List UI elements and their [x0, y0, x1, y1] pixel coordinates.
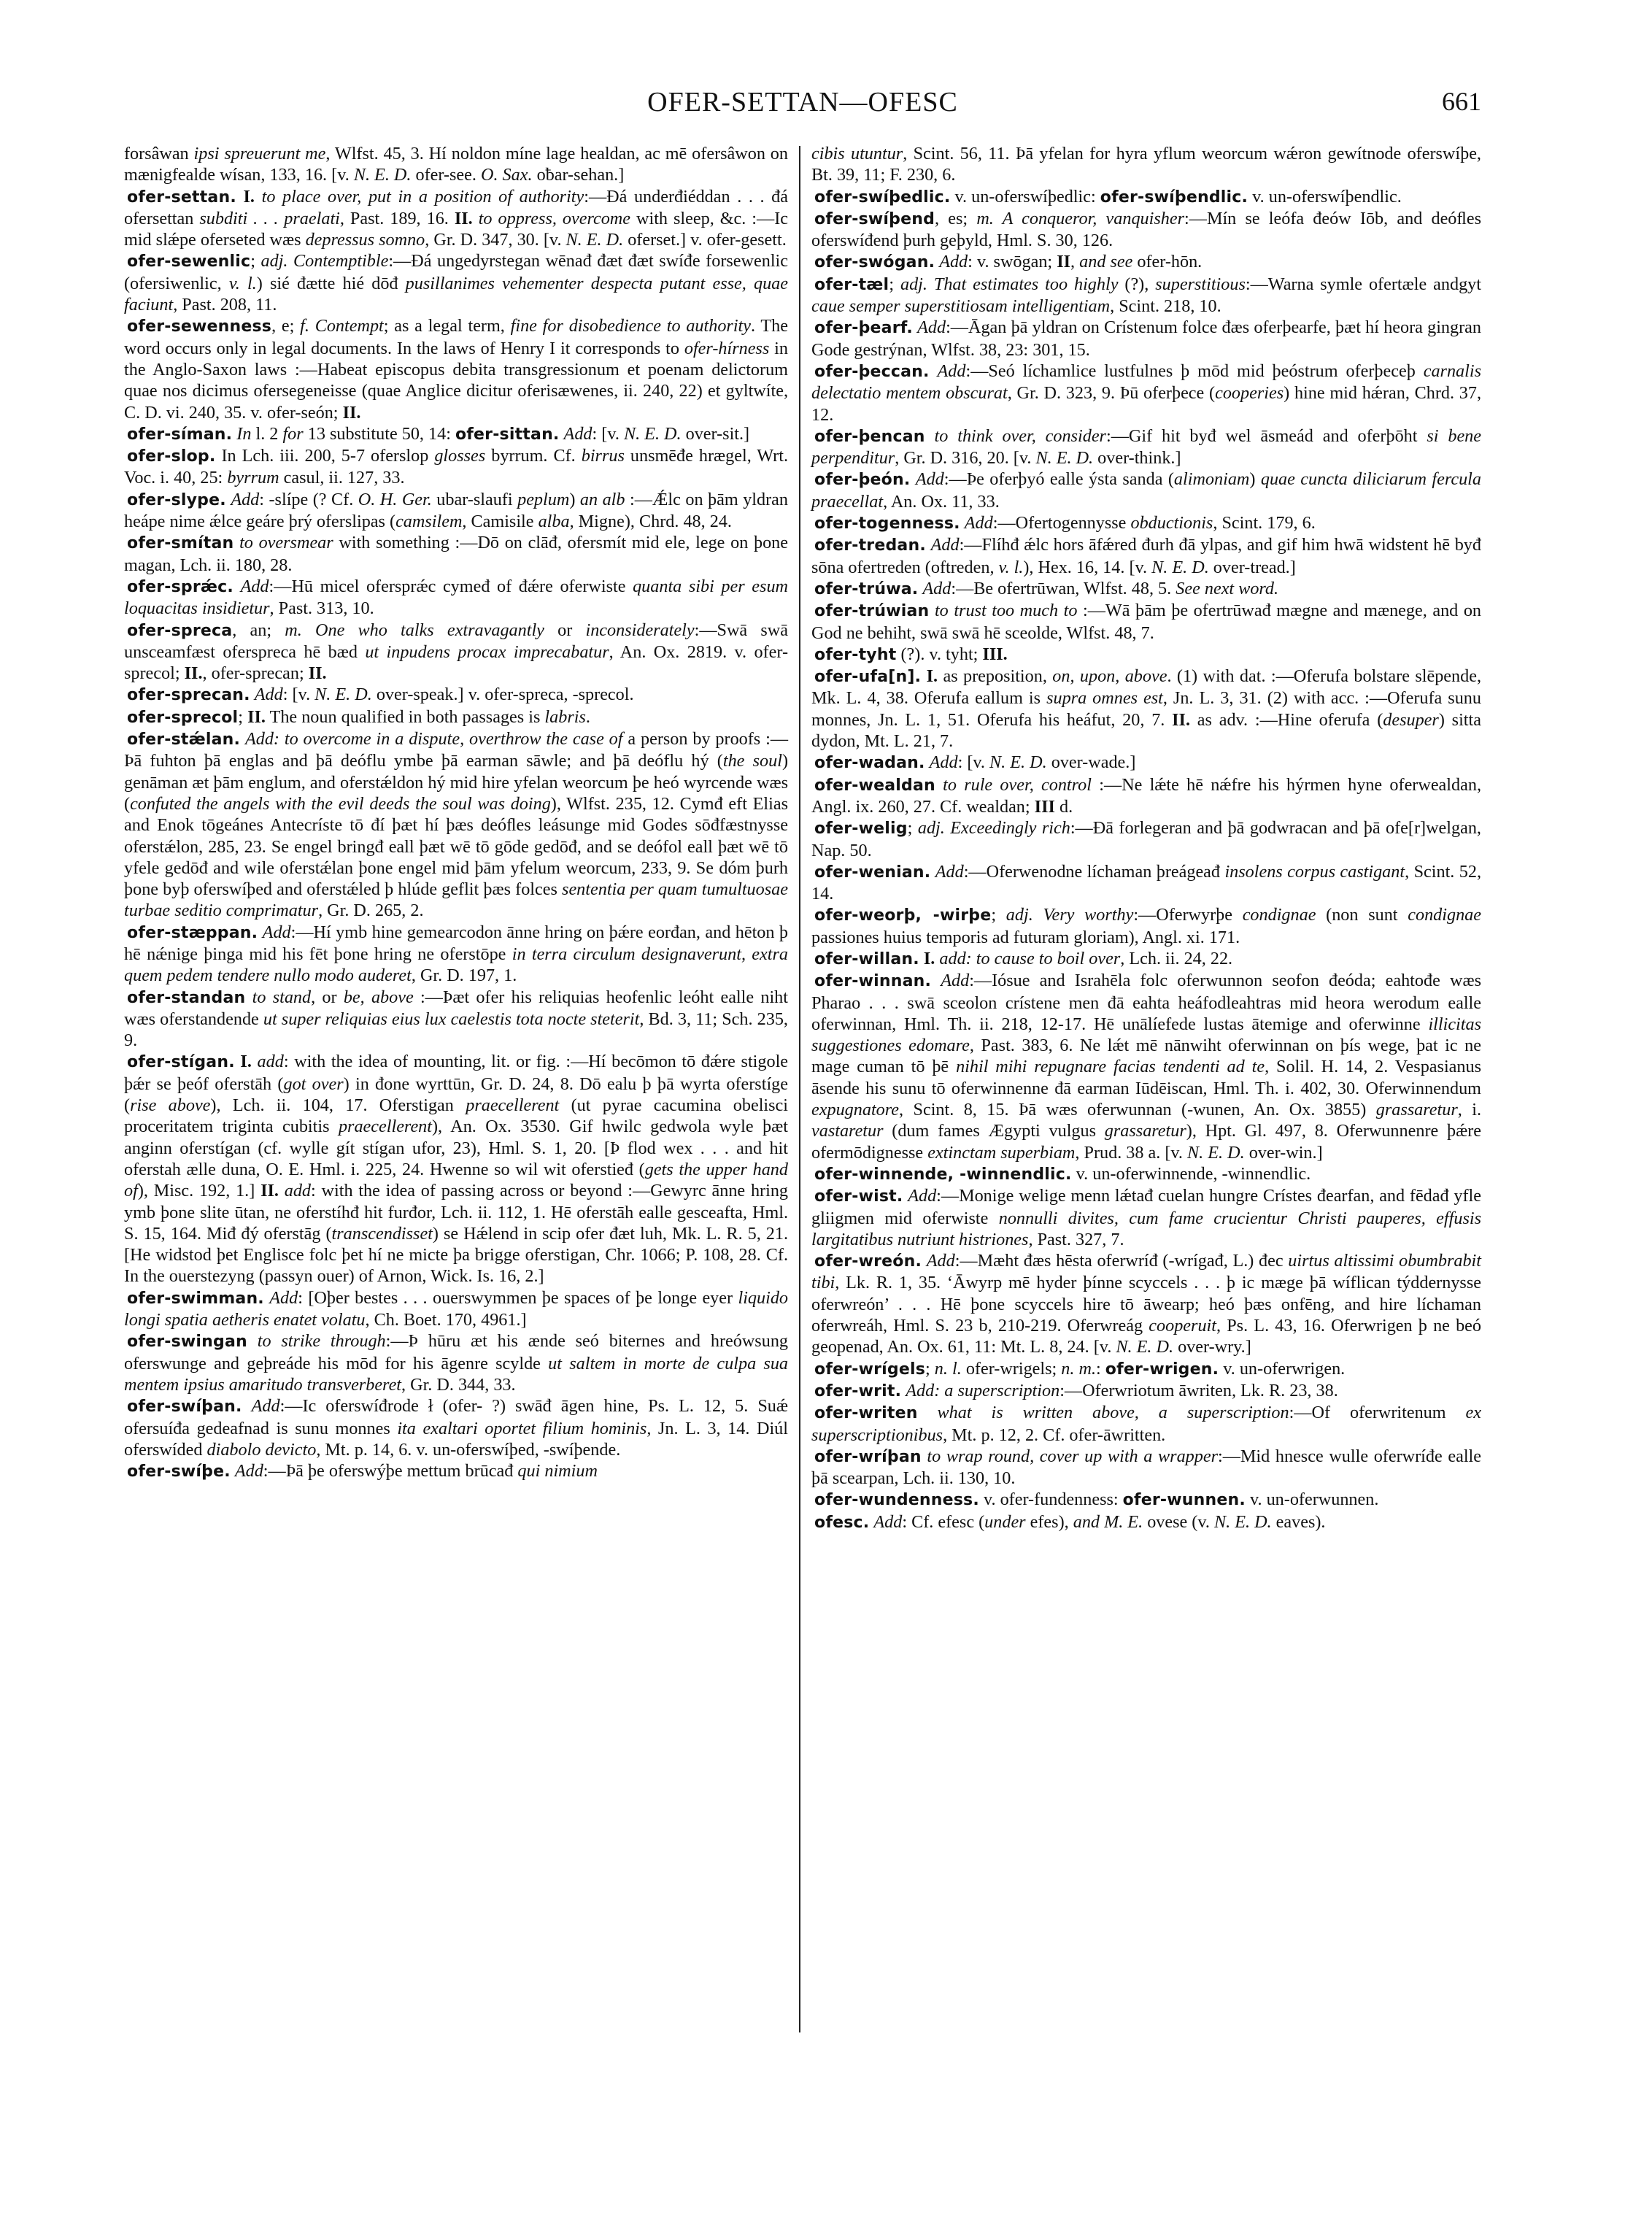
headword: ofer-welig [814, 820, 908, 838]
body-text: passiones huius temporis ad futuram glor… [811, 928, 1240, 947]
italic-text: expugnatore [811, 1100, 899, 1119]
body-text: v. un-oferwunnen. [1246, 1490, 1378, 1509]
headword: ofer-winnan. [814, 972, 931, 990]
headword: ofer-slop. [127, 447, 215, 466]
headword: ofer-swógan. [814, 253, 935, 271]
body-text: , Lch. ii. 24, 22. [1120, 949, 1232, 968]
dictionary-entry: ofer-ufa[n]. I. as preposition, on, upon… [811, 666, 1481, 752]
dictionary-entry: ofer-spreca, an; m. One who talks extrav… [124, 620, 788, 685]
italic-text: Add [917, 317, 946, 337]
body-text: oƀar-sehan.] [533, 165, 625, 185]
dictionary-entry: ofer-sewenness, e; f. Contempt; as a leg… [124, 315, 788, 423]
italic-text: to wrap round, cover up with a wrapper [927, 1446, 1218, 1466]
body-text: , An. Ox. 11, 33. [883, 492, 1000, 512]
body-text: (?), [1118, 274, 1155, 294]
body-text: byrrum. Cf. [485, 446, 582, 466]
headword: ofer-stígan. [127, 1053, 235, 1071]
dictionary-entry: ofer-swíþend, es; m. A conqueror, vanqui… [811, 208, 1481, 252]
body-text: ), Lch. ii. 104, 17. Oferstigan [210, 1095, 466, 1115]
headword: ofer-wrigen. [1105, 1360, 1219, 1379]
body-text [252, 1052, 258, 1071]
italic-text: f. Contempt [300, 316, 384, 336]
italic-text: Add [235, 1461, 263, 1481]
dictionary-entry: ofer-tredan. Add:—Flíhđ ǽlc hors āfǽred … [811, 534, 1481, 578]
italic-text: to think over, consider [935, 426, 1106, 446]
italic-text: extinctam superbiam [927, 1143, 1075, 1163]
italic-text: on, upon, above [1052, 666, 1167, 686]
italic-text: subditi . . . praelati [199, 209, 340, 228]
italic-text: N. E. D. [314, 685, 372, 704]
headword: ofer-wealdan [814, 776, 935, 795]
italic-text: See next word. [1176, 579, 1278, 598]
sense-number: II. [260, 1181, 279, 1201]
body-text: , Gr. D. 316, 20. [v. [895, 448, 1035, 468]
body-text: , es; [935, 209, 976, 228]
body-text: as adv. :—Hine oferufa ( [1190, 710, 1383, 730]
body-text: : [v. [593, 424, 624, 444]
body-text: , e; [271, 316, 300, 336]
dictionary-entry: ofer-willan. I. add: to cause to boil ov… [811, 948, 1481, 970]
right-column: cibis utuntur, Scint. 56, 11. Þā yfelan … [811, 143, 1481, 1533]
dictionary-entry: ofer-wríþan to wrap round, cover up with… [811, 1446, 1481, 1490]
body-text: : -slípe (? Cf. [259, 490, 358, 509]
italic-text: confuted the angels with the evil deeds … [130, 794, 551, 814]
italic-text: Add [263, 922, 291, 942]
headword: ofer-síman. [127, 425, 232, 444]
body-text: v. ofer-fundenness: [979, 1490, 1123, 1509]
sense-number: III [1035, 797, 1055, 817]
italic-text: Add [965, 513, 993, 533]
body-text: over-wade.] [1047, 752, 1136, 772]
headword: ofer-swíþedlic. [814, 188, 950, 207]
italic-text: an alb [580, 490, 625, 509]
body-text [233, 577, 241, 596]
italic-text: ofer-hírness [684, 339, 769, 358]
headword: ofer-tredan. [814, 536, 926, 555]
headword: ofer-wenian. [814, 863, 930, 882]
italic-text: N. E. D. [989, 752, 1047, 772]
page-header: OFER-SETTAN—OFESC 661 [124, 86, 1481, 123]
sense-number: II [1057, 252, 1070, 271]
italic-text: Add [931, 535, 960, 555]
headword: ofer-trúwa. [814, 580, 918, 598]
italic-text: add: to cause to boil over [939, 949, 1120, 968]
italic-text: Add [269, 1288, 298, 1308]
italic-text: N. E. D. [1187, 1143, 1245, 1163]
italic-text: birrus [582, 446, 625, 466]
italic-text: and M. E. [1073, 1512, 1143, 1532]
body-text: :—Of oferwritenum [1289, 1403, 1466, 1422]
italic-text: to oppress, overcome [479, 209, 630, 228]
italic-text: alimoniam [1174, 469, 1249, 489]
headword: ofer-sewenlic [127, 253, 250, 271]
italic-text: add [285, 1181, 311, 1201]
body-text: ; [889, 274, 900, 294]
italic-text: N. E. D. [566, 230, 624, 250]
italic-text: N. E. D. [624, 424, 682, 444]
italic-text: qui nimium [517, 1461, 598, 1481]
italic-text: Add [922, 579, 951, 598]
sense-number: I. [927, 666, 938, 686]
body-text: over-think.] [1093, 448, 1181, 468]
body-text: ; [925, 1359, 935, 1379]
italic-text: Add [916, 469, 944, 489]
dictionary-entry: ofer-stæppan. Add:—Hí ymb hine gemearcod… [124, 922, 788, 987]
italic-text: cooperies [1215, 383, 1284, 403]
italic-text: glosses [434, 446, 485, 466]
sense-number: I. [244, 187, 255, 207]
italic-text: l. [952, 1359, 962, 1379]
headword: ofer-trúwian [814, 602, 929, 620]
body-text: d. [1055, 797, 1073, 817]
body-text: :—Gif hit byđ wel āsmeád and oferþōht [1106, 426, 1427, 446]
italic-text: Add: a superscription [906, 1381, 1059, 1400]
italic-text: O. H. Ger. [358, 490, 432, 509]
italic-text: m. One who talks extravagantly [285, 620, 544, 640]
body-text: ubar-slaufi [432, 490, 517, 509]
italic-text: Add [564, 424, 593, 444]
body-text: ) [569, 490, 580, 509]
italic-text: ipsi spreuerunt me [194, 144, 326, 163]
body-text: ) [1249, 469, 1260, 489]
italic-text: caue semper superstitiosam intelligentia… [811, 296, 1110, 316]
dictionary-entry: ofer-swingan to strike through:—Þ hūru æ… [124, 1330, 788, 1395]
dictionary-entry: ofer-wundenness. v. ofer-fundenness: ofe… [811, 1489, 1481, 1511]
dictionary-entry: ofer-weorþ, -wirþe; adj. Very worthy:—Of… [811, 904, 1481, 948]
body-text: : v. swōgan; [968, 252, 1057, 271]
italic-text: inconsiderately [585, 620, 694, 640]
body-text [935, 775, 943, 795]
headword: ofer-wundenness. [814, 1491, 979, 1509]
body-text: : [1096, 1359, 1105, 1379]
headword: ofer-swíþendlic. [1100, 188, 1248, 207]
headword: ofer-wrígels [814, 1360, 925, 1379]
dictionary-entry: ofer-tyht (?). v. tyht; III. [811, 644, 1481, 666]
sense-number: II. [185, 663, 203, 683]
body-text: : [v. [958, 752, 989, 772]
italic-text: fine for disobedience to authority [511, 316, 751, 336]
headword: ofer-tæl [814, 276, 889, 294]
dictionary-entry: ofer-wadan. Add: [v. N. E. D. over-wade.… [811, 752, 1481, 774]
body-text: :—Oferwyrþe [1133, 905, 1242, 925]
headword: ofer-willan. [814, 950, 919, 968]
dictionary-entry: ofer-síman. In l. 2 for 13 substitute 50… [124, 423, 788, 445]
headword: ofer-þeón. [814, 471, 910, 489]
body-text: , Mt. p. 12, 2. Cf. ofer-āwritten. [943, 1425, 1165, 1445]
body-text: ; [250, 251, 260, 271]
body-text: over-tread.] [1209, 558, 1296, 577]
body-text [929, 601, 935, 620]
headword: ofer-ufa[n]. [814, 668, 921, 686]
italic-text: rise above [130, 1095, 210, 1115]
headword: ofer-wist. [814, 1187, 903, 1206]
body-text: as preposition, [938, 666, 1052, 686]
dictionary-entry: ofer-slop. In Lch. iii. 200, 5-7 oferslo… [124, 445, 788, 489]
dictionary-entry: ofer-wreón. Add:—Mæht đæs hēsta oferwríđ… [811, 1250, 1481, 1357]
body-text: , Past. 327, 7. [1028, 1230, 1124, 1249]
body-text: , Scint. 8, 15. Þā wæs oferwunnan (-wune… [899, 1100, 1376, 1119]
dictionary-entry: ofer-swógan. Add: v. swōgan; II, and see… [811, 251, 1481, 273]
italic-text: to strike through [258, 1331, 386, 1351]
headword: ofer-þearf. [814, 319, 913, 337]
headword: ofer-sittan. [455, 425, 560, 444]
body-text: v. un-oferswíþendlic. [1248, 187, 1402, 207]
italic-text: to oversmear [239, 533, 333, 552]
body-text: . [586, 707, 590, 727]
dictionary-entry: ofer-slype. Add: -slípe (? Cf. O. H. Ger… [124, 489, 788, 533]
dictionary-entry: ofer-sprecol; II. The noun qualified in … [124, 706, 788, 728]
dictionary-entry: ofer-smítan to oversmear with something … [124, 532, 788, 576]
italic-text: to place over, put in a position of auth… [262, 187, 584, 207]
body-text: ), Hex. 16, 14. [v. [1023, 558, 1151, 577]
body-text: casul, ii. 127, 33. [279, 468, 405, 488]
body-text: ; [908, 818, 918, 838]
italic-text: Add [927, 1251, 955, 1271]
body-text: , Gr. D. 347, 30. [v. [425, 230, 566, 250]
italic-text: to rule over, control [943, 775, 1092, 795]
italic-text: for [282, 424, 303, 444]
body-text: :—Be ofertrūwan, Wlfst. 48, 5. [951, 579, 1176, 598]
sense-number: II. [309, 663, 327, 683]
italic-text: to stand [252, 987, 311, 1007]
body-text: ; as a legal term, [384, 316, 511, 336]
italic-text: Add [231, 490, 259, 509]
running-head: OFER-SETTAN—OFESC [124, 86, 1481, 118]
headword: ofer-þeccan. [814, 363, 930, 381]
italic-text: N. E. D. [1151, 558, 1209, 577]
body-text: 13 substitute 50, 14: [304, 424, 455, 444]
italic-text: nihil mihi repugnare facias tendenti ad … [956, 1057, 1265, 1076]
body-text: , Past. 189, 16. [340, 209, 455, 228]
dictionary-entry: ofer-trúwian to trust too much to :—Wā þ… [811, 600, 1481, 644]
sense-number: I. [240, 1052, 251, 1071]
italic-text: ita exaltari oportet filium hominis [397, 1419, 646, 1438]
headword: ofer-smítan [127, 534, 233, 552]
body-text: v. un-oferswíþedlic: [950, 187, 1100, 207]
body-text: over-sit.] [682, 424, 750, 444]
headword: ofer-wunnen. [1123, 1491, 1246, 1509]
italic-text: Add [941, 971, 969, 990]
dictionary-entry: ofer-sprecan. Add: [v. N. E. D. over-spe… [124, 684, 788, 706]
italic-text: what is written above, a superscription [938, 1403, 1289, 1422]
italic-text: cibis utuntur [811, 144, 903, 163]
italic-text: insolens corpus castigant [1224, 862, 1405, 882]
italic-text: peplum [517, 490, 569, 509]
body-text: v. un-oferwinnende, -winnendlic. [1072, 1164, 1311, 1184]
italic-text: v. l. [999, 558, 1024, 577]
body-text: ; [991, 905, 1006, 925]
body-text: :—Seó líchamlice lustfulnes þ mōd mid þe… [965, 361, 1423, 381]
dictionary-entry: ofer-stígan. I. add: with the idea of mo… [124, 1051, 788, 1287]
body-text: , Migne), Chrd. 48, 24. [570, 512, 732, 531]
headword: ofer-sprǽc. [127, 578, 233, 596]
dictionary-entry: ofer-welig; adj. Exceedingly rich:—Ðā fo… [811, 817, 1481, 861]
italic-text: Add [873, 1512, 902, 1532]
body-text: :—Warna symle ofertæle andgyt [1246, 274, 1481, 294]
body-text: , Past. 313, 10. [270, 598, 374, 618]
body-text: (?). v. tyht; [896, 644, 982, 664]
italic-text: obductionis [1130, 513, 1213, 533]
body-text: , an; [232, 620, 285, 640]
dictionary-entry: ofer-þencan to think over, consider:—Gif… [811, 425, 1481, 469]
italic-text: ut super reliquias eius lux caelestis to… [263, 1009, 639, 1029]
body-text: over-wry.] [1173, 1337, 1251, 1357]
dictionary-entry: ofer-sprǽc. Add:—Hū micel ofersprǽc cyme… [124, 576, 788, 620]
dictionary-entry: ofer-stǽlan. Add: to overcome in a dispu… [124, 728, 788, 922]
dictionary-entry: ofer-swíþe. Add:—Þā þe oferswýþe mettum … [124, 1460, 788, 1482]
italic-text: Add [255, 685, 283, 704]
body-text [279, 1181, 285, 1201]
sense-number: II. [247, 707, 266, 727]
italic-text: diabolo devicto [207, 1440, 317, 1460]
headword: ofer-swíþan. [127, 1398, 242, 1416]
headword: ofer-weorþ, -wirþe [814, 906, 991, 925]
italic-text: desuper [1383, 710, 1439, 730]
headword: ofer-stǽlan. [127, 731, 240, 749]
body-text [930, 361, 938, 381]
italic-text: O. Sax. [481, 165, 533, 185]
body-text: : Cf. efesc ( [902, 1512, 984, 1532]
italic-text: byrrum [227, 468, 279, 488]
headword: ofer-standan [127, 989, 245, 1007]
headword: ofer-slype. [127, 491, 226, 509]
dictionary-entry: ofer-wist. Add:—Monige welige menn lǽtađ… [811, 1185, 1481, 1250]
sense-number: III. [982, 644, 1007, 664]
body-text: , i. [1458, 1100, 1481, 1119]
italic-text: Add: to overcome in a dispute, overthrow… [245, 729, 623, 749]
dictionary-entry: ofer-þeón. Add:—Þe oferþyó ealle ýsta sa… [811, 469, 1481, 512]
dictionary-entry: ofer-swíþan. Add:—Ic oferswíđrode ł (ofe… [124, 1395, 788, 1460]
italic-text: N. E. D. [1214, 1512, 1272, 1532]
italic-text: adj. Exceedingly rich [918, 818, 1070, 838]
body-text: , [1070, 252, 1079, 271]
dictionary-entry: ofesc. Add: Cf. efesc (under efes), and … [811, 1511, 1481, 1533]
italic-text: Add [241, 577, 269, 596]
dictionary-entry: ofer-writ. Add: a superscription:—Oferwr… [811, 1380, 1481, 1402]
italic-text: labris [544, 707, 585, 727]
body-text: ofer-see. [411, 165, 481, 185]
dictionary-entry: ofer-standan to stand, or be, above :—Þæ… [124, 987, 788, 1052]
sense-number: II. [455, 209, 473, 228]
italic-text: and see [1079, 252, 1132, 271]
italic-text: adj. Contemptible [261, 251, 389, 271]
italic-text: Add [908, 1186, 936, 1206]
italic-text: condignae [1408, 905, 1481, 925]
body-text [245, 987, 252, 1007]
dictionary-entry: ofer-wrígels; n. l. ofer-wrigels; n. m.:… [811, 1358, 1481, 1380]
body-text: ofer-hōn. [1132, 252, 1202, 271]
body-text: , or [311, 987, 344, 1007]
italic-text: alba [539, 512, 570, 531]
headword: ofer-swimman. [127, 1290, 264, 1308]
body-text: , Past. 208, 11. [173, 295, 277, 315]
body-text: : [v. [283, 685, 314, 704]
italic-text: m. A conqueror, vanquisher [976, 209, 1184, 228]
body-text: (dum fames Ægypti vulgus [884, 1121, 1105, 1141]
italic-text: add [258, 1052, 284, 1071]
headword: ofer-wadan. [814, 754, 925, 772]
body-text [910, 469, 915, 489]
headword: ofer-writen [814, 1404, 918, 1422]
body-text: , Gr. D. 265, 2. [318, 901, 423, 920]
italic-text: under [984, 1512, 1025, 1532]
dictionary-entry: ofer-sewenlic; adj. Contemptible:—Ðá ung… [124, 250, 788, 315]
body-text: l. 2 [251, 424, 282, 444]
headword: ofer-wríþan [814, 1448, 922, 1466]
headword: ofer-settan. [127, 188, 236, 207]
body-text: : [Oþer bestes . . . ouerswymmen þe spac… [298, 1288, 738, 1308]
sense-number: II. [1172, 710, 1190, 730]
body-text: oferset.] v. ofer-gesett. [623, 230, 787, 250]
italic-text: praecellerent [339, 1117, 432, 1136]
left-column: forsâwan ipsi spreuerunt me, Wlfst. 45, … [124, 143, 788, 1482]
body-text [922, 1251, 927, 1271]
body-text [236, 187, 244, 207]
dictionary-entry: ofer-wealdan to rule over, control :—Ne … [811, 774, 1481, 818]
italic-text: camsilem [395, 512, 462, 531]
italic-text: N. E. D. [1035, 448, 1093, 468]
italic-text: Add [930, 752, 958, 772]
body-text: In Lch. iii. 200, 5-7 oferslop [215, 446, 434, 466]
dictionary-entry: ofer-swimman. Add: [Oþer bestes . . . ou… [124, 1287, 788, 1331]
body-text [473, 209, 479, 228]
italic-text: got over [283, 1074, 343, 1094]
italic-text: adj. Very worthy [1006, 905, 1134, 925]
headword: ofer-stæppan. [127, 924, 258, 942]
dictionary-entry: ofer-þeccan. Add:—Seó líchamlice lustful… [811, 361, 1481, 425]
body-text: ovese (v. [1143, 1512, 1214, 1532]
body-text: :—Þā þe oferswýþe mettum brūcađ [263, 1461, 518, 1481]
body-text: , Mt. p. 14, 6. v. un-oferswíþed, -swíþe… [316, 1440, 620, 1460]
dictionary-entry: ofer-trúwa. Add:—Be ofertrūwan, Wlfst. 4… [811, 578, 1481, 600]
headword: ofer-sprecol [127, 709, 238, 727]
italic-text: cooperuit [1149, 1316, 1216, 1336]
italic-text: supra omnes est [1046, 688, 1163, 708]
headword: ofer-wreón. [814, 1252, 922, 1271]
body-text: ; [238, 707, 247, 727]
body-text: ) sié đætte hié dōđ [257, 274, 406, 293]
body-text: , Ch. Boet. 170, 4961.] [366, 1310, 527, 1330]
italic-text: superstitious [1155, 274, 1246, 294]
dictionary-entry: ofer-togenness. Add:—Ofertogennysse obdu… [811, 512, 1481, 534]
body-text: :—Þe oferþyó ealle ýsta sanda ( [944, 469, 1174, 489]
body-text: The noun qualified in both passages is [266, 707, 544, 727]
dictionary-entry: ofer-settan. I. to place over, put in a … [124, 186, 788, 251]
entry-continuation: forsâwan ipsi spreuerunt me, Wlfst. 45, … [124, 143, 788, 186]
dictionary-entry: ofer-tæl; adj. That estimates too highly… [811, 274, 1481, 317]
italic-text: Add [252, 1396, 280, 1416]
dictionary-entry: ofer-writen what is written above, a sup… [811, 1402, 1481, 1446]
page-number: 661 [1442, 86, 1481, 117]
entry-continuation: cibis utuntur, Scint. 56, 11. Þā yfelan … [811, 143, 1481, 186]
body-text [931, 971, 941, 990]
body-text: , ofer-sprecan; [203, 663, 309, 683]
italic-text: v. l. [229, 274, 257, 293]
italic-text: Add [939, 252, 968, 271]
headword: ofer-togenness. [814, 515, 960, 533]
body-text: (non sunt [1316, 905, 1408, 925]
body-text: ), Misc. 192, 1.] [138, 1181, 260, 1201]
sense-number: I. [924, 949, 935, 968]
italic-text: grassaretur [1105, 1121, 1186, 1141]
italic-text: the soul [723, 751, 782, 771]
body-text [247, 1331, 258, 1351]
body-text: :—Mæht đæs hēsta oferwríđ (-wrígađ, L.) … [955, 1251, 1289, 1271]
body-text: :—Oferwriotum āwriten, Lk. R. 23, 38. [1059, 1381, 1338, 1400]
headword: ofer-spreca [127, 622, 232, 640]
dictionary-entry: ofer-swíþedlic. v. un-oferswíþedlic: ofe… [811, 186, 1481, 208]
headword: ofer-winnende, -winnendlic. [814, 1165, 1072, 1184]
